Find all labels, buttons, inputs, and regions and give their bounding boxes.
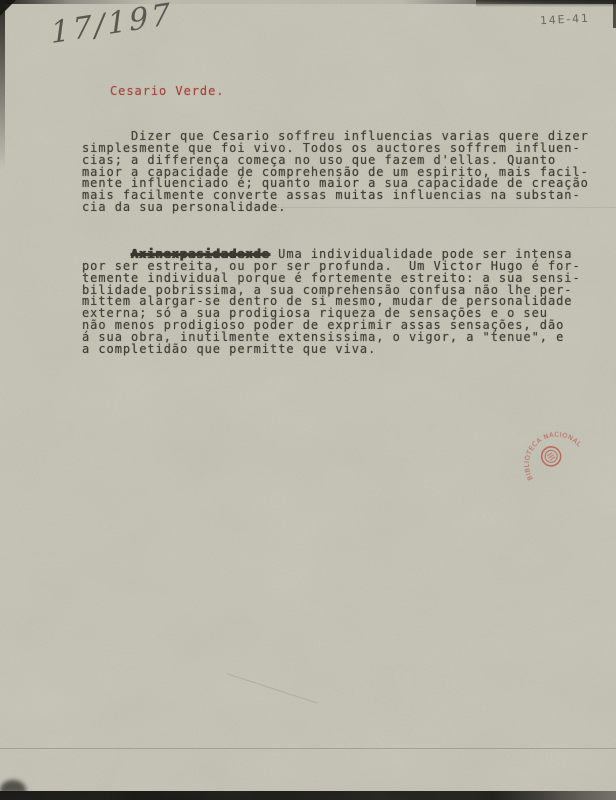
svg-text:BIBLIOTECA NACIONAL: BIBLIOTECA NACIONAL <box>510 417 584 483</box>
scan-edge-bottom <box>0 791 616 800</box>
scan-edge-top <box>0 0 616 4</box>
paper-grain-overlay <box>0 0 616 800</box>
scan-shadow-bottom-left <box>0 780 26 793</box>
archival-number-handwritten: 17/197 <box>50 0 174 51</box>
scanned-typescript-page: 17/197 14E-41 Cesario Verde. Dizer que C… <box>0 0 616 800</box>
paragraph-2: Axinexpasidadexde Uma individualidade po… <box>82 249 581 356</box>
paragraph-1: Dizer que Cesario soffreu influencias va… <box>82 131 589 214</box>
text-line: cia da sua personalidade. <box>82 202 589 214</box>
scan-corner-top-left <box>0 0 16 16</box>
library-stamp: BIBLIOTECA NACIONAL <box>499 403 594 495</box>
scan-edge-top-right <box>476 0 616 7</box>
document-title: Cesario Verde. <box>110 85 224 97</box>
scan-edge-left <box>0 0 5 170</box>
stamp-emblem-icon <box>538 443 564 469</box>
paper-crease <box>227 673 318 703</box>
corner-code-handwritten: 14E-41 <box>540 12 590 28</box>
stamp-text: BIBLIOTECA NACIONAL <box>510 417 584 483</box>
text-line: a completidão que permitte que viva. <box>82 344 581 356</box>
paper-fold-line <box>0 748 616 749</box>
